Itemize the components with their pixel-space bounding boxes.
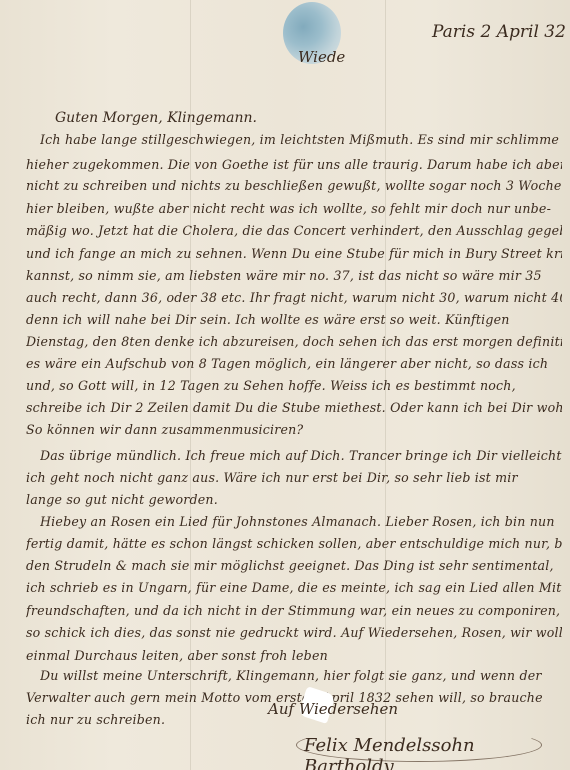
- letter-line: So können wir dann zusammenmusiciren?: [26, 422, 562, 437]
- letter-line: mäßig wo. Jetzt hat die Cholera, die das…: [26, 223, 562, 238]
- letter-signature: Felix Mendelssohn Bartholdy: [304, 735, 570, 770]
- letter-line: Ich habe lange stillgeschwiegen, im leic…: [40, 132, 562, 147]
- letter-line: hieher zugekommen. Die von Goethe ist fü…: [26, 157, 562, 172]
- letter-page: Wiede Paris 2 April 32 Guten Morgen, Kli…: [0, 0, 570, 770]
- letter-line: fertig damit, hätte es schon längst schi…: [26, 536, 562, 551]
- letter-line: so schick ich dies, das sonst nie gedruc…: [26, 625, 562, 640]
- letter-line: kannst, so nimm sie, am liebsten wäre mi…: [26, 268, 562, 283]
- seal-text: Wiede: [298, 48, 345, 66]
- letter-date: Paris 2 April 32: [432, 22, 566, 42]
- letter-line: ich schrieb es in Ungarn, für eine Dame,…: [26, 580, 562, 595]
- letter-line: den Strudeln & mach sie mir möglichst ge…: [26, 558, 562, 573]
- letter-line: Du willst meine Unterschrift, Klingemann…: [40, 668, 562, 683]
- letter-line: schreibe ich Dir 2 Zeilen damit Du die S…: [26, 400, 562, 415]
- letter-line: Hiebey an Rosen ein Lied für Johnstones …: [40, 514, 562, 529]
- letter-line: Dienstag, den 8ten denke ich abzureisen,…: [26, 334, 562, 349]
- letter-line: und ich fange an mich zu sehnen. Wenn Du…: [26, 246, 562, 261]
- letter-line: es wäre ein Aufschub von 8 Tagen möglich…: [26, 356, 562, 371]
- letter-line: ich geht noch nicht ganz aus. Wäre ich n…: [26, 470, 562, 485]
- letter-line: hier bleiben, wußte aber nicht recht was…: [26, 201, 562, 216]
- letter-closing: Auf Wiedersehen: [268, 700, 398, 718]
- letter-line: auch recht, dann 36, oder 38 etc. Ihr fr…: [26, 290, 562, 305]
- letter-greeting: Guten Morgen, Klingemann.: [55, 110, 257, 126]
- letter-line: Das übrige mündlich. Ich freue mich auf …: [40, 448, 562, 463]
- letter-line: denn ich will nahe bei Dir sein. Ich wol…: [26, 312, 562, 327]
- letter-line: einmal Durchaus leiten, aber sonst froh …: [26, 648, 562, 663]
- letter-line: freundschaften, und da ich nicht in der …: [26, 603, 562, 618]
- letter-line: nicht zu schreiben und nichts zu beschli…: [26, 178, 562, 193]
- letter-line: lange so gut nicht geworden.: [26, 492, 562, 507]
- letter-line: und, so Gott will, in 12 Tagen zu Sehen …: [26, 378, 562, 393]
